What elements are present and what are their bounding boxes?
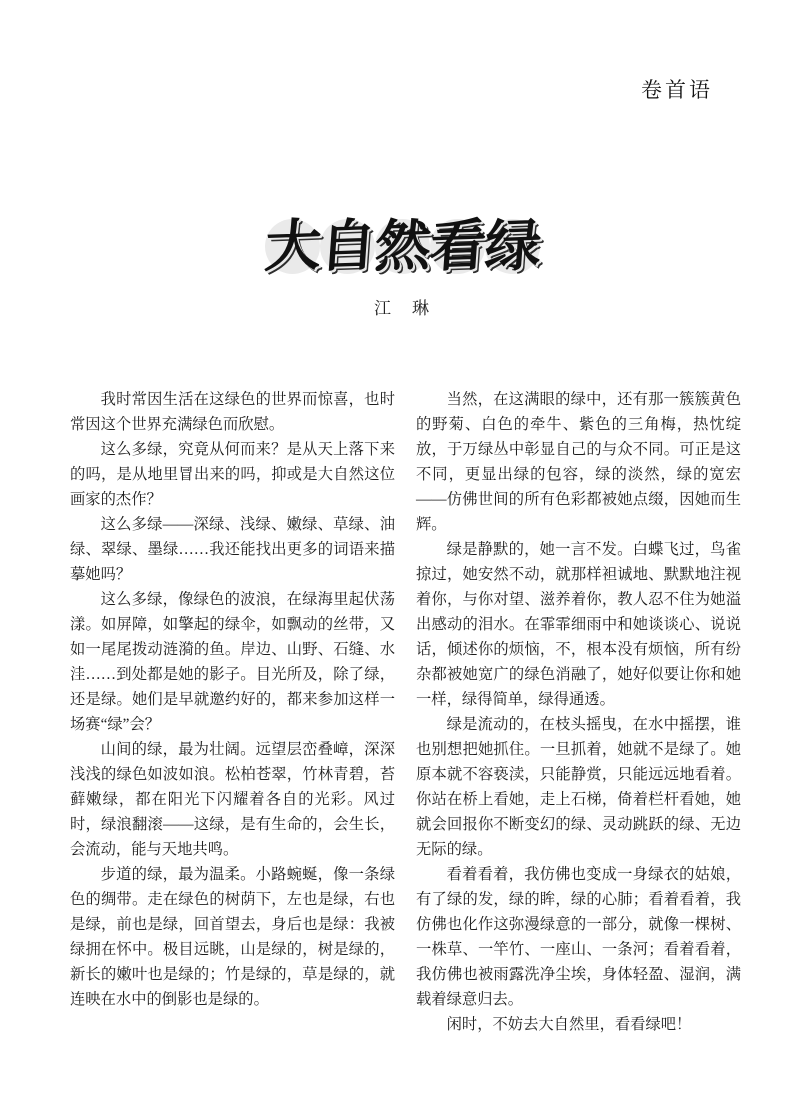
author-byline: 江 琳 (0, 294, 805, 319)
paragraph: 步道的绿，最为温柔。小路蜿蜒，像一条绿色的绸带。走在绿色的树荫下，左也是绿，右也… (70, 862, 395, 1012)
title-char-circle: 大 (265, 219, 320, 274)
paragraph: 闲时，不妨去大自然里，看看绿吧！ (416, 1012, 741, 1037)
left-column: 我时常因生活在这绿色的世界而惊喜，也时常因这个世界充满绿色而欣慰。 这么多绿，究… (70, 387, 395, 1037)
paragraph: 看着看着，我仿佛也变成一身绿衣的姑娘，有了绿的发，绿的眸，绿的心肺；看着看着，我… (416, 862, 741, 1012)
paragraph: 我时常因生活在这绿色的世界而惊喜，也时常因这个世界充满绿色而欣慰。 (70, 387, 395, 437)
title-char-circle: 然 (375, 219, 430, 274)
article-body: 我时常因生活在这绿色的世界而惊喜，也时常因这个世界充满绿色而欣慰。 这么多绿，究… (70, 387, 741, 1037)
paragraph: 这么多绿——深绿、浅绿、嫩绿、草绿、油绿、翠绿、墨绿……我还能找出更多的词语来描… (70, 512, 395, 587)
paragraph: 绿是流动的，在枝头摇曳，在水中摇摆，谁也别想把她抓住。一旦抓着，她就不是绿了。她… (416, 712, 741, 862)
paragraph: 山间的绿，最为壮阔。远望层峦叠嶂，深深浅浅的绿色如波如浪。松柏苍翠，竹林青碧，苔… (70, 737, 395, 862)
title-char: 自 (317, 218, 377, 276)
section-label: 卷首语 (641, 74, 713, 104)
title-char-circle: 看 (430, 219, 485, 274)
paragraph: 这么多绿，像绿色的波浪，在绿海里起伏荡漾。如屏障，如擎起的绿伞，如飘动的丝带，又… (70, 587, 395, 737)
title-char: 然 (372, 218, 432, 276)
title-char-circle: 绿 (485, 219, 540, 274)
article-title: 大 自 然 看 绿 (0, 219, 805, 274)
paragraph: 绿是静默的，她一言不发。白蝶飞过，鸟雀掠过，她安然不动，就那样袒诚地、默默地注视… (416, 537, 741, 712)
title-char: 绿 (482, 218, 542, 276)
paragraph: 这么多绿，究竟从何而来？是从天上落下来的吗，是从地里冒出来的吗，抑或是大自然这位… (70, 437, 395, 512)
right-column: 当然，在这满眼的绿中，还有那一簇簇黄色的野菊、白色的牵牛、紫色的三角梅，热忱绽放… (416, 387, 741, 1037)
paragraph: 当然，在这满眼的绿中，还有那一簇簇黄色的野菊、白色的牵牛、紫色的三角梅，热忱绽放… (416, 387, 741, 537)
title-char: 大 (262, 218, 322, 276)
title-char: 看 (427, 218, 487, 276)
title-char-circle: 自 (320, 219, 375, 274)
